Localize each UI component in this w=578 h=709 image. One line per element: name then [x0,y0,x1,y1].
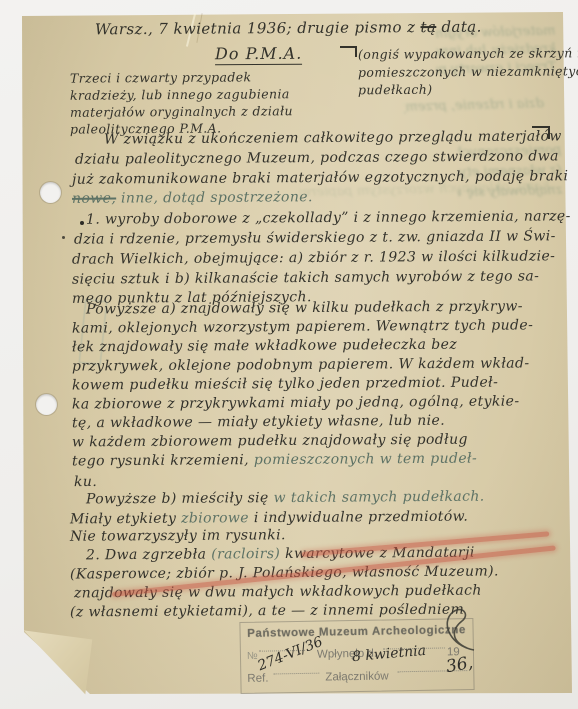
body-line: (z własnemi etykietami), a te — z innemi… [70,602,464,621]
margin-note-line: kradzieży, lub innego zagubienia [70,86,290,103]
body-text: i indywidualne przedmiotów. [249,509,468,527]
margin-note-line: materjałów oryginalnych z działu [70,103,293,120]
ink-dot [62,236,65,239]
scanned-letter-page: materjałów oryginalnych z działukradzież… [0,0,578,709]
body-line: działu paleolitycznego Muzeum, podczas c… [75,148,559,167]
ink-dot [80,221,84,225]
body-line: kowem pudełku mieścił się tylko jeden pr… [72,375,498,394]
body-line: przykrywek, oklejone podobnym papierem. … [72,355,530,374]
body-line: W związku z ukończeniem całkowitego prze… [104,128,562,147]
body-line: kami, oklejonych wzorzystym papierem. We… [72,317,533,336]
punch-hole [36,394,57,415]
body-text: zbiorowe [181,510,249,526]
struck-word: nowe, [72,191,116,207]
body-line: ku. [74,474,97,490]
body-line: Miały etykiety zbiorowe i indywidualne p… [70,509,468,528]
body-line: nowe, inne, dotąd spostrzeżone. [72,189,313,207]
dateline-text: datą. [436,18,482,36]
side-note-line: pomieszczonych w niezamkniętych [358,63,578,80]
body-text: w takich samych pudełkach. [274,489,485,506]
body-line: Powyższe b) mieściły się w takich samych… [86,489,485,508]
body-line: w każdem zbiorowem pudełku znajdowały si… [72,432,468,451]
stamp-leader-line [273,673,319,675]
body-line: tego rysunki krzemieni, pomieszczonych w… [72,451,477,470]
body-text: (racloirs) [211,546,280,562]
body-line: ka zbiorowe z przykrywkami miały po jedn… [72,393,520,412]
folded-corner [23,629,93,695]
margin-note-line: Trzeci i czwarty przypadek [70,69,252,85]
body-line: Powyższe a) znajdowały się w kilku pudeł… [86,298,523,317]
body-text: Powyższe b) mieściły się [86,490,274,507]
body-line: łek znajdowały się małe wkładkowe pudełe… [72,337,457,356]
body-text: tego rysunki krzemieni, [72,452,254,469]
body-line: sięciu sztuk i b) kilkanaście takich sam… [72,268,539,287]
struck-word: tą [420,18,436,36]
side-note-line: (ongiś wypakowanych ze skrzyń i [358,45,578,62]
bleed-through: dzia i rdzenie, przemysłu świderskiego z… [404,96,545,124]
bracket-mark [340,46,357,57]
stamp-attachments-label: Załączników [325,670,388,683]
side-note-line: pudełkach) [358,82,433,98]
body-text: Miały etykiety [70,511,181,528]
paraph-flourish [436,604,482,656]
dateline-text: Warsz., 7 kwietnia 1936; drugie pismo z [95,18,421,38]
body-text: inne, dotąd spostrzeżone. [116,189,313,206]
body-line: 1. wyroby doborowe z „czekollady” i z in… [86,208,571,227]
body-text: 2. Dwa zgrzebła [86,546,211,563]
body-text: pomieszczonych w tem pudeł- [254,451,477,469]
stamp-ref-label: Ref. [247,673,268,685]
punch-hole [40,182,61,203]
body-line: dzia i rdzenie, przemysłu świderskiego z… [74,228,556,247]
body-line: Nie towarzyszyły im rysunki. [70,527,286,545]
bracket-mark [532,126,550,139]
salutation: Do P.M.A. [215,44,302,66]
dateline: Warsz., 7 kwietnia 1936; drugie pismo z … [95,18,482,39]
body-line: drach Wielkich, obejmujące: a) zbiór z r… [72,248,555,267]
body-line: tę, a wkładkowe — miały etykiety własne,… [72,413,445,432]
